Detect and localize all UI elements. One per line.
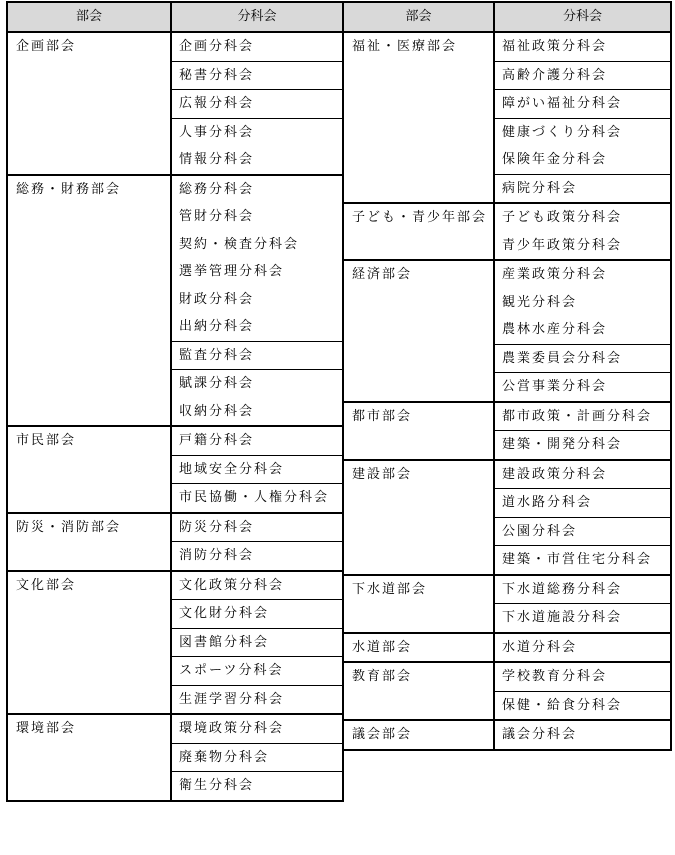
bukai-cell: 水道部会 — [343, 633, 494, 663]
header-row: 部会 分科会 — [7, 2, 343, 32]
bukai-cell: 建設部会 — [343, 460, 494, 575]
bunkakai-cell: 建築・市営住宅分科会 — [494, 546, 671, 575]
bunkakai-cell: 監査分科会 — [171, 341, 343, 370]
bunkakai-cell: スポーツ分科会 — [171, 657, 343, 686]
bunkakai-cell: 産業政策分科会 — [494, 260, 671, 289]
bukai-cell: 都市部会 — [343, 402, 494, 460]
bunkakai-cell: 福祉政策分科会 — [494, 32, 671, 61]
bukai-cell: 子ども・青少年部会 — [343, 203, 494, 260]
bunkakai-cell: 病院分科会 — [494, 174, 671, 203]
table-row: 議会部会議会分科会 — [343, 720, 671, 750]
bunkakai-cell: 環境政策分科会 — [171, 714, 343, 743]
table-row: 市民部会戸籍分科会 — [7, 426, 343, 455]
header-bunkakai: 分科会 — [494, 2, 671, 32]
bunkakai-cell: 広報分科会 — [171, 90, 343, 119]
bunkakai-cell: 下水道総務分科会 — [494, 575, 671, 604]
table-row: 都市部会都市政策・計画分科会 — [343, 402, 671, 431]
right-bukai-table: 部会 分科会 福祉・医療部会福祉政策分科会高齢介護分科会障がい福祉分科会健康づく… — [342, 1, 672, 751]
header-bukai: 部会 — [7, 2, 171, 32]
bunkakai-cell: 建築・開発分科会 — [494, 431, 671, 460]
bunkakai-cell: 保険年金分科会 — [494, 146, 671, 174]
bunkakai-cell: 秘書分科会 — [171, 61, 343, 90]
bunkakai-cell: 廃棄物分科会 — [171, 743, 343, 772]
bunkakai-cell: 消防分科会 — [171, 542, 343, 571]
header-bukai: 部会 — [343, 2, 494, 32]
bunkakai-cell: 情報分科会 — [171, 146, 343, 175]
bunkakai-cell: 収納分科会 — [171, 398, 343, 427]
bukai-cell: 企画部会 — [7, 32, 171, 175]
bunkakai-cell: 財政分科会 — [171, 286, 343, 314]
bunkakai-cell: 健康づくり分科会 — [494, 118, 671, 146]
bunkakai-cell: 道水路分科会 — [494, 489, 671, 518]
bunkakai-cell: 保健・給食分科会 — [494, 691, 671, 720]
bunkakai-cell: 地域安全分科会 — [171, 455, 343, 484]
table-row: 企画部会企画分科会 — [7, 32, 343, 61]
table-row: 環境部会環境政策分科会 — [7, 714, 343, 743]
left-bukai-table: 部会 分科会 企画部会企画分科会秘書分科会広報分科会人事分科会情報分科会総務・財… — [6, 1, 344, 802]
bunkakai-cell: 文化財分科会 — [171, 600, 343, 629]
header-row: 部会 分科会 — [343, 2, 671, 32]
table-row: 福祉・医療部会福祉政策分科会 — [343, 32, 671, 61]
bunkakai-cell: 水道分科会 — [494, 633, 671, 663]
bunkakai-cell: 障がい福祉分科会 — [494, 90, 671, 119]
bunkakai-cell: 下水道施設分科会 — [494, 604, 671, 633]
table-row: 子ども・青少年部会子ども政策分科会 — [343, 203, 671, 232]
bunkakai-cell: 管財分科会 — [171, 203, 343, 231]
bunkakai-cell: 総務分科会 — [171, 175, 343, 204]
bunkakai-cell: 賦課分科会 — [171, 370, 343, 398]
header-bunkakai: 分科会 — [171, 2, 343, 32]
bunkakai-cell: 農林水産分科会 — [494, 316, 671, 344]
right-table-body: 福祉・医療部会福祉政策分科会高齢介護分科会障がい福祉分科会健康づくり分科会保険年… — [343, 32, 671, 750]
bunkakai-cell: 公営事業分科会 — [494, 373, 671, 402]
bukai-cell: 環境部会 — [7, 714, 171, 801]
bunkakai-cell: 人事分科会 — [171, 118, 343, 146]
bukai-cell: 市民部会 — [7, 426, 171, 513]
table-row: 防災・消防部会防災分科会 — [7, 513, 343, 542]
table-row: 水道部会水道分科会 — [343, 633, 671, 663]
bunkakai-cell: 子ども政策分科会 — [494, 203, 671, 232]
bunkakai-cell: 建設政策分科会 — [494, 460, 671, 489]
bunkakai-cell: 選挙管理分科会 — [171, 258, 343, 286]
bukai-cell: 議会部会 — [343, 720, 494, 750]
table-row: 文化部会文化政策分科会 — [7, 571, 343, 600]
bunkakai-cell: 生涯学習分科会 — [171, 685, 343, 714]
bunkakai-cell: 戸籍分科会 — [171, 426, 343, 455]
table-row: 下水道部会下水道総務分科会 — [343, 575, 671, 604]
bunkakai-cell: 議会分科会 — [494, 720, 671, 750]
bunkakai-cell: 衛生分科会 — [171, 772, 343, 801]
bukai-cell: 総務・財務部会 — [7, 175, 171, 427]
bukai-cell: 文化部会 — [7, 571, 171, 715]
bukai-cell: 教育部会 — [343, 662, 494, 720]
table-row: 経済部会産業政策分科会 — [343, 260, 671, 289]
bunkakai-cell: 防災分科会 — [171, 513, 343, 542]
left-table-body: 企画部会企画分科会秘書分科会広報分科会人事分科会情報分科会総務・財務部会総務分科… — [7, 32, 343, 801]
table-row: 総務・財務部会総務分科会 — [7, 175, 343, 204]
bunkakai-cell: 市民協働・人権分科会 — [171, 484, 343, 513]
bunkakai-cell: 都市政策・計画分科会 — [494, 402, 671, 431]
bunkakai-cell: 出納分科会 — [171, 313, 343, 341]
bunkakai-cell: 高齢介護分科会 — [494, 61, 671, 90]
bunkakai-cell: 企画分科会 — [171, 32, 343, 61]
bunkakai-cell: 図書館分科会 — [171, 628, 343, 657]
bunkakai-cell: 学校教育分科会 — [494, 662, 671, 691]
bunkakai-cell: 契約・検査分科会 — [171, 231, 343, 259]
bukai-cell: 福祉・医療部会 — [343, 32, 494, 203]
bunkakai-cell: 観光分科会 — [494, 289, 671, 317]
bunkakai-cell: 公園分科会 — [494, 517, 671, 546]
bunkakai-cell: 青少年政策分科会 — [494, 232, 671, 261]
table-row: 建設部会建設政策分科会 — [343, 460, 671, 489]
bukai-cell: 防災・消防部会 — [7, 513, 171, 571]
bukai-cell: 経済部会 — [343, 260, 494, 402]
bunkakai-cell: 農業委員会分科会 — [494, 344, 671, 373]
bukai-cell: 下水道部会 — [343, 575, 494, 633]
table-row: 教育部会学校教育分科会 — [343, 662, 671, 691]
bunkakai-cell: 文化政策分科会 — [171, 571, 343, 600]
